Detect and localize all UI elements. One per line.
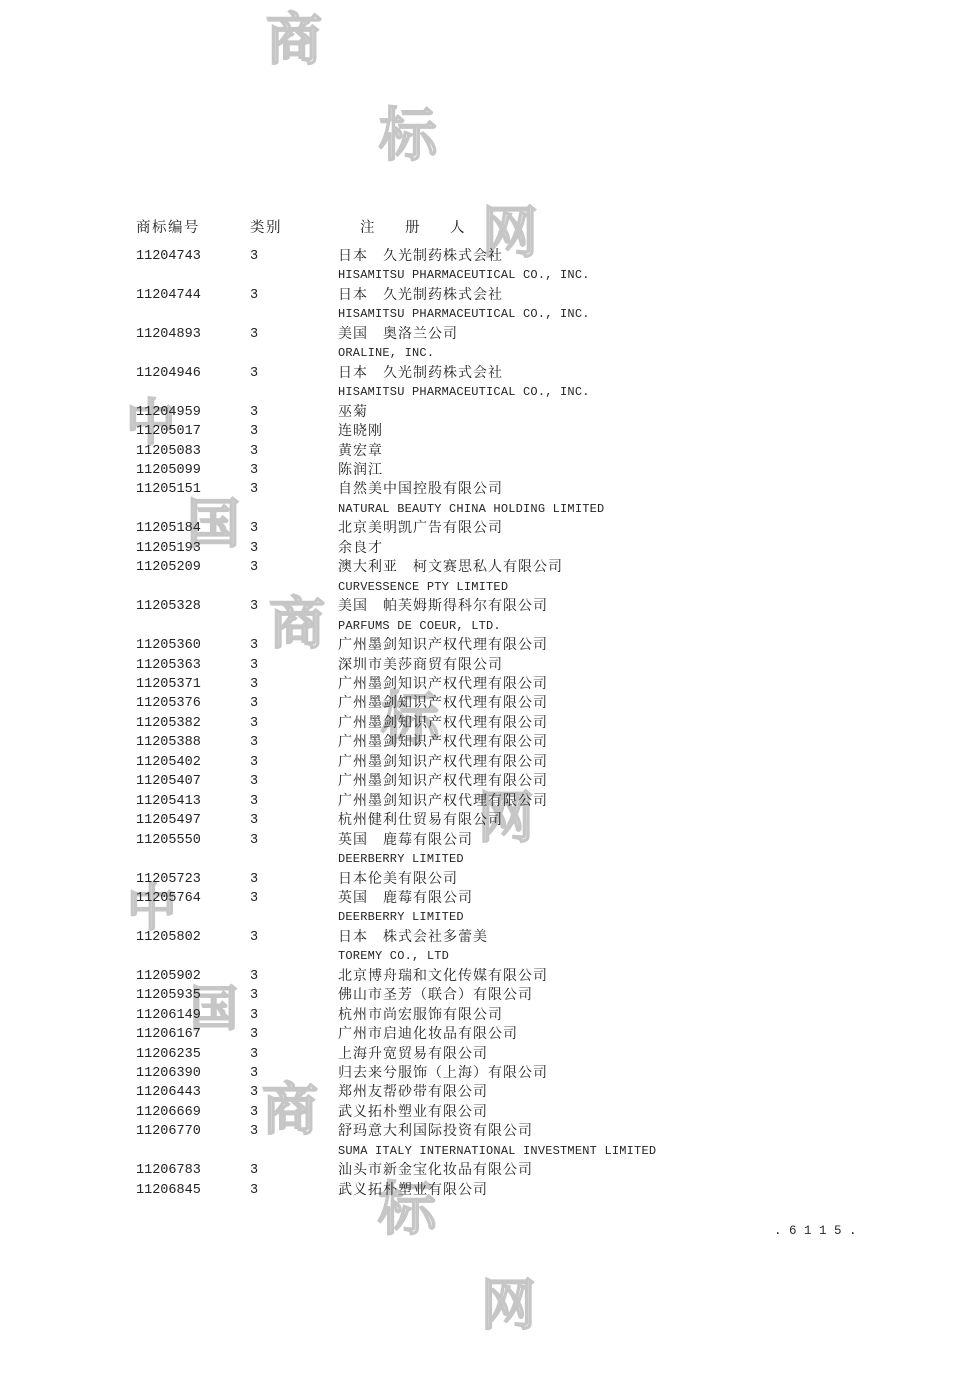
registrant-name: 余良才 <box>338 539 936 558</box>
trademark-number: 11205017 <box>136 422 250 441</box>
class-number: 3 <box>250 286 338 305</box>
table-row: 112052093澳大利亚 柯文赛思私人有限公司CURVESSENCE PTY … <box>136 558 936 597</box>
table-row: 112064433郑州友帮砂带有限公司 <box>136 1083 936 1102</box>
registrant-cell: 英国 鹿莓有限公司DEERBERRY LIMITED <box>338 831 936 870</box>
registrant-cell: 陈润江 <box>338 461 936 480</box>
registrant-name: 武义拓朴塑业有限公司 <box>338 1103 936 1122</box>
registrant-cell: 广州墨剑知识产权代理有限公司 <box>338 714 936 733</box>
class-number: 3 <box>250 1083 338 1102</box>
class-number: 3 <box>250 422 338 441</box>
class-number: 3 <box>250 753 338 772</box>
table-row: 112062353上海升宽贸易有限公司 <box>136 1045 936 1064</box>
registrant-cell: 广州墨剑知识产权代理有限公司 <box>338 694 936 713</box>
table-row: 112051513自然美中国控股有限公司NATURAL BEAUTY CHINA… <box>136 480 936 519</box>
trademark-number: 11206845 <box>136 1181 250 1200</box>
table-row: 112047443日本 久光制药株式会社HISAMITSU PHARMACEUT… <box>136 286 936 325</box>
registrant-name: 汕头市新金宝化妆品有限公司 <box>338 1161 936 1180</box>
trademark-number: 11206783 <box>136 1161 250 1180</box>
table-row: 112050993陈润江 <box>136 461 936 480</box>
class-number: 3 <box>250 928 338 947</box>
registrant-cell: 黄宏章 <box>338 442 936 461</box>
registrant-name: 北京美明凯广告有限公司 <box>338 519 936 538</box>
class-number: 3 <box>250 519 338 538</box>
table-row: 112057643英国 鹿莓有限公司DEERBERRY LIMITED <box>136 889 936 928</box>
registrant-name: 广州市启迪化妆品有限公司 <box>338 1025 936 1044</box>
registrant-name-en: TOREMY CO., LTD <box>338 947 936 966</box>
registrant-cell: 上海升宽贸易有限公司 <box>338 1045 936 1064</box>
table-row: 112067703舒玛意大利国际投资有限公司SUMA ITALY INTERNA… <box>136 1122 936 1161</box>
registrant-cell: 广州墨剑知识产权代理有限公司 <box>338 636 936 655</box>
trademark-number: 11206669 <box>136 1103 250 1122</box>
table-row: 112053883广州墨剑知识产权代理有限公司 <box>136 733 936 752</box>
table-row: 112054073广州墨剑知识产权代理有限公司 <box>136 772 936 791</box>
class-number: 3 <box>250 1025 338 1044</box>
column-header-registrant: 注 册 人 <box>338 216 916 237</box>
trademark-number: 11204744 <box>136 286 250 305</box>
registrant-cell: 武义拓朴塑业有限公司 <box>338 1181 936 1200</box>
registrant-name: 日本 久光制药株式会社 <box>338 286 936 305</box>
trademark-number: 11205360 <box>136 636 250 655</box>
registrant-cell: 日本伦美有限公司 <box>338 870 936 889</box>
class-number: 3 <box>250 597 338 616</box>
registrant-name: 归去来兮服饰（上海）有限公司 <box>338 1064 936 1083</box>
class-number: 3 <box>250 636 338 655</box>
registrant-cell: 自然美中国控股有限公司NATURAL BEAUTY CHINA HOLDING … <box>338 480 936 519</box>
trademark-number: 11205151 <box>136 480 250 499</box>
registrant-name: 澳大利亚 柯文赛思私人有限公司 <box>338 558 936 577</box>
trademark-number: 11205388 <box>136 733 250 752</box>
class-number: 3 <box>250 1006 338 1025</box>
class-number: 3 <box>250 1064 338 1083</box>
registrant-name-en: HISAMITSU PHARMACEUTICAL CO., INC. <box>338 305 936 324</box>
registrant-name: 北京博舟瑞和文化传媒有限公司 <box>338 967 936 986</box>
class-number: 3 <box>250 461 338 480</box>
registrant-name: 武义拓朴塑业有限公司 <box>338 1181 936 1200</box>
registrant-cell: 汕头市新金宝化妆品有限公司 <box>338 1161 936 1180</box>
trademark-number: 11206770 <box>136 1122 250 1141</box>
trademark-number: 11206235 <box>136 1045 250 1064</box>
class-number: 3 <box>250 403 338 422</box>
registrant-name: 美国 奥洛兰公司 <box>338 325 936 344</box>
trademark-number: 11205363 <box>136 656 250 675</box>
registry-table-body: 112047433日本 久光制药株式会社HISAMITSU PHARMACEUT… <box>136 247 936 1200</box>
table-row: 112053763广州墨剑知识产权代理有限公司 <box>136 694 936 713</box>
table-row: 112053603广州墨剑知识产权代理有限公司 <box>136 636 936 655</box>
trademark-number: 11205764 <box>136 889 250 908</box>
trademark-number: 11205382 <box>136 714 250 733</box>
registrant-name: 自然美中国控股有限公司 <box>338 480 936 499</box>
class-number: 3 <box>250 442 338 461</box>
class-number: 3 <box>250 870 338 889</box>
table-row: 112049593巫菊 <box>136 403 936 422</box>
registrant-cell: 归去来兮服饰（上海）有限公司 <box>338 1064 936 1083</box>
trademark-number: 11205184 <box>136 519 250 538</box>
registrant-name: 日本 久光制药株式会社 <box>338 247 936 266</box>
registrant-name: 英国 鹿莓有限公司 <box>338 831 936 850</box>
registrant-cell: 北京美明凯广告有限公司 <box>338 519 936 538</box>
registrant-cell: 日本 株式会社多蕾美TOREMY CO., LTD <box>338 928 936 967</box>
class-number: 3 <box>250 1161 338 1180</box>
table-row: 112057233日本伦美有限公司 <box>136 870 936 889</box>
registrant-name: 广州墨剑知识产权代理有限公司 <box>338 636 936 655</box>
registrant-name: 舒玛意大利国际投资有限公司 <box>338 1122 936 1141</box>
registrant-name: 陈润江 <box>338 461 936 480</box>
trademark-number: 11206390 <box>136 1064 250 1083</box>
trademark-number: 11205802 <box>136 928 250 947</box>
registrant-name: 广州墨剑知识产权代理有限公司 <box>338 714 936 733</box>
registrant-name-en: PARFUMS DE COEUR, LTD. <box>338 617 936 636</box>
table-row: 112051933余良才 <box>136 539 936 558</box>
registrant-name: 美国 帕芙姆斯得科尔有限公司 <box>338 597 936 616</box>
registrant-name-en: ORALINE, INC. <box>338 344 936 363</box>
trademark-number: 11205328 <box>136 597 250 616</box>
registrant-cell: 美国 奥洛兰公司ORALINE, INC. <box>338 325 936 364</box>
class-number: 3 <box>250 1045 338 1064</box>
registrant-name: 广州墨剑知识产权代理有限公司 <box>338 675 936 694</box>
table-row: 112053823广州墨剑知识产权代理有限公司 <box>136 714 936 733</box>
table-row: 112053713广州墨剑知识产权代理有限公司 <box>136 675 936 694</box>
registrant-cell: 北京博舟瑞和文化传媒有限公司 <box>338 967 936 986</box>
column-header-class: 类别 <box>250 216 338 237</box>
registrant-name: 日本 株式会社多蕾美 <box>338 928 936 947</box>
registrant-name: 巫菊 <box>338 403 936 422</box>
table-row: 112068453武义拓朴塑业有限公司 <box>136 1181 936 1200</box>
trademark-number: 11205209 <box>136 558 250 577</box>
table-row: 112050173连晓刚 <box>136 422 936 441</box>
registrant-cell: 杭州健利仕贸易有限公司 <box>338 811 936 830</box>
registrant-name: 广州墨剑知识产权代理有限公司 <box>338 792 936 811</box>
document-page: 商标网中国商标网中国商标网 商标编号 类别 注 册 人 112047433日本 … <box>0 0 980 1400</box>
class-number: 3 <box>250 967 338 986</box>
registrant-name-en: DEERBERRY LIMITED <box>338 908 936 927</box>
class-number: 3 <box>250 1122 338 1141</box>
column-header-trademark-number: 商标编号 <box>136 216 250 237</box>
registrant-cell: 澳大利亚 柯文赛思私人有限公司CURVESSENCE PTY LIMITED <box>338 558 936 597</box>
trademark-number: 11204959 <box>136 403 250 422</box>
trademark-number: 11205402 <box>136 753 250 772</box>
registrant-cell: 巫菊 <box>338 403 936 422</box>
registrant-name: 日本 久光制药株式会社 <box>338 364 936 383</box>
watermark-char-icon: 网 <box>481 1278 536 1333</box>
table-row: 112054973杭州健利仕贸易有限公司 <box>136 811 936 830</box>
registrant-cell: 英国 鹿莓有限公司DEERBERRY LIMITED <box>338 889 936 928</box>
registrant-cell: 郑州友帮砂带有限公司 <box>338 1083 936 1102</box>
trademark-number: 11206167 <box>136 1025 250 1044</box>
registrant-cell: 美国 帕芙姆斯得科尔有限公司PARFUMS DE COEUR, LTD. <box>338 597 936 636</box>
trademark-number: 11206443 <box>136 1083 250 1102</box>
registrant-cell: 佛山市圣芳（联合）有限公司 <box>338 986 936 1005</box>
registrant-name: 黄宏章 <box>338 442 936 461</box>
table-row: 112067833汕头市新金宝化妆品有限公司 <box>136 1161 936 1180</box>
class-number: 3 <box>250 247 338 266</box>
registrant-name-en: HISAMITSU PHARMACEUTICAL CO., INC. <box>338 266 936 285</box>
trademark-number: 11205099 <box>136 461 250 480</box>
trademark-number: 11205902 <box>136 967 250 986</box>
table-row: 112061493杭州市尚宏服饰有限公司 <box>136 1006 936 1025</box>
class-number: 3 <box>250 325 338 344</box>
registrant-cell: 连晓刚 <box>338 422 936 441</box>
registrant-name: 郑州友帮砂带有限公司 <box>338 1083 936 1102</box>
registrant-name: 杭州市尚宏服饰有限公司 <box>338 1006 936 1025</box>
class-number: 3 <box>250 656 338 675</box>
class-number: 3 <box>250 558 338 577</box>
registrant-cell: 日本 久光制药株式会社HISAMITSU PHARMACEUTICAL CO.,… <box>338 364 936 403</box>
class-number: 3 <box>250 1181 338 1200</box>
registrant-cell: 杭州市尚宏服饰有限公司 <box>338 1006 936 1025</box>
table-row: 112058023日本 株式会社多蕾美TOREMY CO., LTD <box>136 928 936 967</box>
table-row: 112059353佛山市圣芳（联合）有限公司 <box>136 986 936 1005</box>
registrant-name: 杭州健利仕贸易有限公司 <box>338 811 936 830</box>
registrant-name: 广州墨剑知识产权代理有限公司 <box>338 772 936 791</box>
trademark-number: 11205723 <box>136 870 250 889</box>
table-row: 112049463日本 久光制药株式会社HISAMITSU PHARMACEUT… <box>136 364 936 403</box>
table-header-row: 商标编号 类别 注 册 人 <box>136 216 916 237</box>
trademark-number: 11205935 <box>136 986 250 1005</box>
table-row: 112047433日本 久光制药株式会社HISAMITSU PHARMACEUT… <box>136 247 936 286</box>
registrant-cell: 日本 久光制药株式会社HISAMITSU PHARMACEUTICAL CO.,… <box>338 286 936 325</box>
trademark-number: 11205497 <box>136 811 250 830</box>
table-row: 112048933美国 奥洛兰公司ORALINE, INC. <box>136 325 936 364</box>
trademark-number: 11204893 <box>136 325 250 344</box>
class-number: 3 <box>250 364 338 383</box>
registrant-name: 广州墨剑知识产权代理有限公司 <box>338 733 936 752</box>
registrant-cell: 深圳市美莎商贸有限公司 <box>338 656 936 675</box>
table-row: 112050833黄宏章 <box>136 442 936 461</box>
class-number: 3 <box>250 733 338 752</box>
table-row: 112055503英国 鹿莓有限公司DEERBERRY LIMITED <box>136 831 936 870</box>
registrant-name: 英国 鹿莓有限公司 <box>338 889 936 908</box>
registrant-cell: 广州墨剑知识产权代理有限公司 <box>338 772 936 791</box>
table-row: 112053633深圳市美莎商贸有限公司 <box>136 656 936 675</box>
class-number: 3 <box>250 792 338 811</box>
class-number: 3 <box>250 811 338 830</box>
table-row: 112061673广州市启迪化妆品有限公司 <box>136 1025 936 1044</box>
registrant-cell: 广州市启迪化妆品有限公司 <box>338 1025 936 1044</box>
trademark-number: 11205083 <box>136 442 250 461</box>
registrant-name-en: NATURAL BEAUTY CHINA HOLDING LIMITED <box>338 500 936 519</box>
registrant-name: 上海升宽贸易有限公司 <box>338 1045 936 1064</box>
class-number: 3 <box>250 714 338 733</box>
class-number: 3 <box>250 831 338 850</box>
trademark-number: 11204946 <box>136 364 250 383</box>
registrant-name: 深圳市美莎商贸有限公司 <box>338 656 936 675</box>
class-number: 3 <box>250 694 338 713</box>
trademark-number: 11205407 <box>136 772 250 791</box>
registrant-name: 日本伦美有限公司 <box>338 870 936 889</box>
table-row: 112063903归去来兮服饰（上海）有限公司 <box>136 1064 936 1083</box>
registrant-name: 广州墨剑知识产权代理有限公司 <box>338 753 936 772</box>
trademark-number: 11206149 <box>136 1006 250 1025</box>
class-number: 3 <box>250 772 338 791</box>
registrant-cell: 广州墨剑知识产权代理有限公司 <box>338 733 936 752</box>
watermark-char-icon: 标 <box>379 107 437 165</box>
trademark-number: 11205376 <box>136 694 250 713</box>
class-number: 3 <box>250 889 338 908</box>
table-row: 112066693武义拓朴塑业有限公司 <box>136 1103 936 1122</box>
table-row: 112053283美国 帕芙姆斯得科尔有限公司PARFUMS DE COEUR,… <box>136 597 936 636</box>
registrant-name-en: SUMA ITALY INTERNATIONAL INVESTMENT LIMI… <box>338 1142 936 1161</box>
trademark-number: 11204743 <box>136 247 250 266</box>
trademark-number: 11205371 <box>136 675 250 694</box>
registrant-name: 连晓刚 <box>338 422 936 441</box>
registrant-name: 佛山市圣芳（联合）有限公司 <box>338 986 936 1005</box>
registrant-cell: 广州墨剑知识产权代理有限公司 <box>338 792 936 811</box>
class-number: 3 <box>250 986 338 1005</box>
registrant-cell: 余良才 <box>338 539 936 558</box>
table-row: 112054023广州墨剑知识产权代理有限公司 <box>136 753 936 772</box>
trademark-number: 11205413 <box>136 792 250 811</box>
class-number: 3 <box>250 675 338 694</box>
registrant-cell: 广州墨剑知识产权代理有限公司 <box>338 753 936 772</box>
registrant-name-en: HISAMITSU PHARMACEUTICAL CO., INC. <box>338 383 936 402</box>
table-row: 112054133广州墨剑知识产权代理有限公司 <box>136 792 936 811</box>
registrant-name: 广州墨剑知识产权代理有限公司 <box>338 694 936 713</box>
class-number: 3 <box>250 480 338 499</box>
table-row: 112059023北京博舟瑞和文化传媒有限公司 <box>136 967 936 986</box>
registrant-cell: 日本 久光制药株式会社HISAMITSU PHARMACEUTICAL CO.,… <box>338 247 936 286</box>
watermark-char-icon: 商 <box>266 12 322 68</box>
registrant-name-en: CURVESSENCE PTY LIMITED <box>338 578 936 597</box>
trademark-number: 11205550 <box>136 831 250 850</box>
table-row: 112051843北京美明凯广告有限公司 <box>136 519 936 538</box>
class-number: 3 <box>250 539 338 558</box>
class-number: 3 <box>250 1103 338 1122</box>
registrant-cell: 广州墨剑知识产权代理有限公司 <box>338 675 936 694</box>
trademark-number: 11205193 <box>136 539 250 558</box>
registrant-cell: 武义拓朴塑业有限公司 <box>338 1103 936 1122</box>
page-number: . 6 1 1 5 . <box>774 1224 857 1238</box>
registrant-cell: 舒玛意大利国际投资有限公司SUMA ITALY INTERNATIONAL IN… <box>338 1122 936 1161</box>
registrant-name-en: DEERBERRY LIMITED <box>338 850 936 869</box>
